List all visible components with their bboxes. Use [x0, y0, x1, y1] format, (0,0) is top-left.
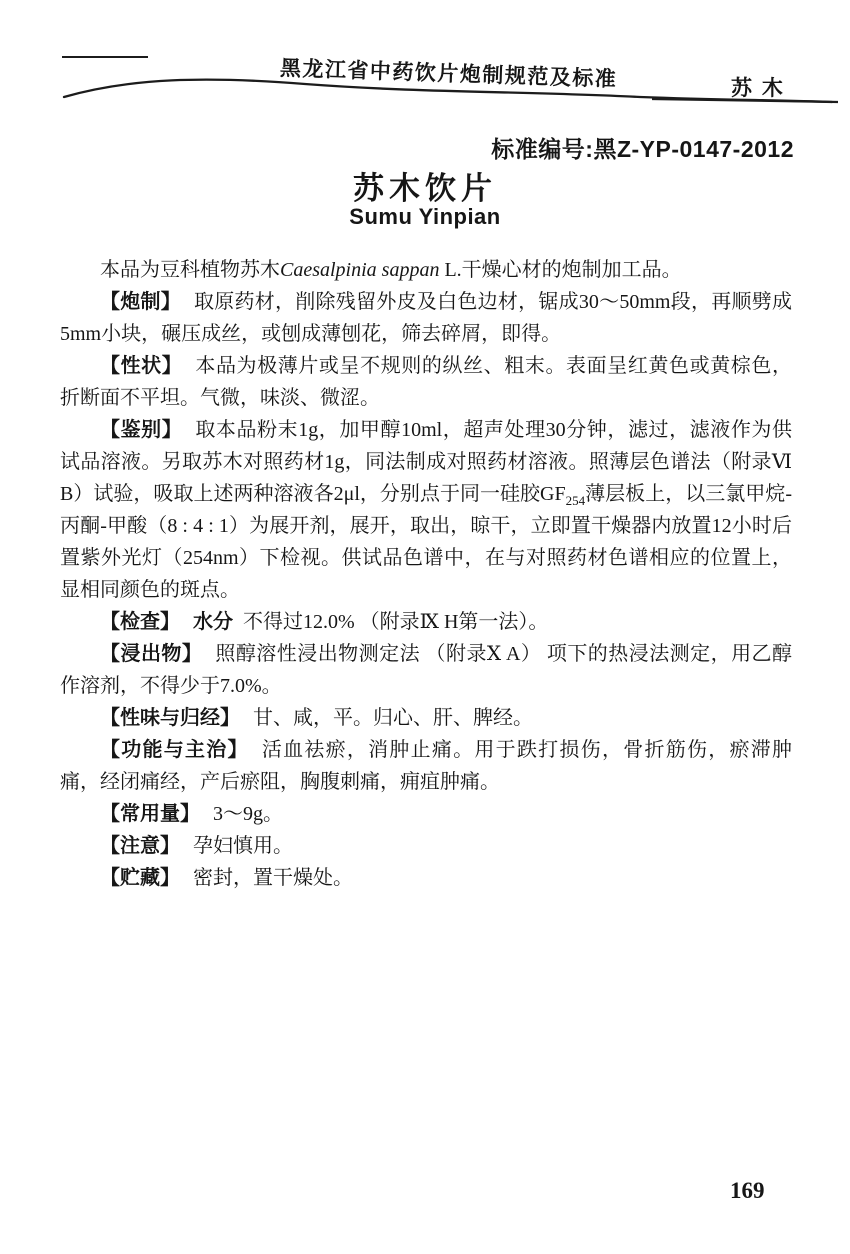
page-title-pinyin: Sumu Yinpian	[0, 204, 850, 230]
latin-botanical-name: Caesalpinia sappan	[280, 259, 439, 281]
section-zhucang: 【贮藏】密封，置干燥处。	[60, 862, 792, 894]
intro-text-pre: 本品为豆科植物苏木	[100, 259, 280, 281]
document-page: 黑龙江省中药饮片炮制规范及标准 苏 木 标准编号:黑Z-YP-0147-2012…	[0, 0, 850, 1254]
section-text: 甘、咸，平。归心、肝、脾经。	[253, 707, 533, 729]
section-zhuyi: 【注意】孕妇慎用。	[60, 830, 792, 862]
section-label: 【检查】	[100, 611, 180, 633]
standard-number: 标准编号:黑Z-YP-0147-2012	[491, 131, 794, 164]
page-title: 苏木饮片	[0, 163, 850, 208]
silica-gel-subscript: 254	[566, 493, 586, 508]
intro-text-post: L.干燥心材的炮制加工品。	[439, 259, 681, 281]
section-label: 【浸出物】	[100, 643, 202, 665]
section-label: 【注意】	[100, 835, 180, 857]
section-label: 【功能与主治】	[100, 739, 249, 761]
section-xingwei-guijing: 【性味与归经】甘、咸，平。归心、肝、脾经。	[60, 702, 792, 734]
section-jiancha: 【检查】水分不得过12.0% （附录Ⅸ H第一法）。	[60, 606, 792, 638]
section-label: 【性味与归经】	[100, 707, 240, 729]
document-body: 本品为豆科植物苏木Caesalpinia sappan L.干燥心材的炮制加工品…	[60, 254, 792, 894]
section-jianbie: 【鉴别】取本品粉末1g，加甲醇10ml，超声处理30分钟，滤过，滤液作为供试品溶…	[60, 414, 792, 606]
section-text: 不得过12.0% （附录Ⅸ H第一法）。	[243, 611, 548, 633]
section-text: 密封，置干燥处。	[193, 867, 353, 889]
section-label: 【炮制】	[100, 291, 181, 313]
section-label: 【贮藏】	[100, 867, 180, 889]
header-chapter-name: 苏 木	[731, 72, 785, 102]
section-label: 【鉴别】	[100, 419, 182, 441]
page-number: 169	[730, 1178, 765, 1204]
section-xingzhuang: 【性状】本品为极薄片或呈不规则的纵丝、粗末。表面呈红黄色或黄棕色，折断面不平坦。…	[60, 350, 792, 414]
intro-paragraph: 本品为豆科植物苏木Caesalpinia sappan L.干燥心材的炮制加工品…	[60, 254, 792, 286]
section-jinchuwu: 【浸出物】照醇溶性浸出物测定法 （附录Ⅹ A） 项下的热浸法测定，用乙醇作溶剂，…	[60, 638, 792, 702]
section-changyongliang: 【常用量】3～9g。	[60, 798, 792, 830]
section-text: 孕妇慎用。	[193, 835, 293, 857]
section-paozhi: 【炮制】取原药材，削除残留外皮及白色边材，锯成30～50mm段，再顺劈成5mm小…	[60, 286, 792, 350]
section-sublabel: 水分	[193, 611, 233, 633]
section-gongneng-zhuzhi: 【功能与主治】活血祛瘀，消肿止痛。用于跌打损伤，骨折筋伤，瘀滞肿痛，经闭痛经，产…	[60, 734, 792, 798]
section-label: 【性状】	[100, 355, 182, 377]
section-label: 【常用量】	[100, 803, 200, 825]
section-text: 3～9g。	[213, 803, 283, 825]
